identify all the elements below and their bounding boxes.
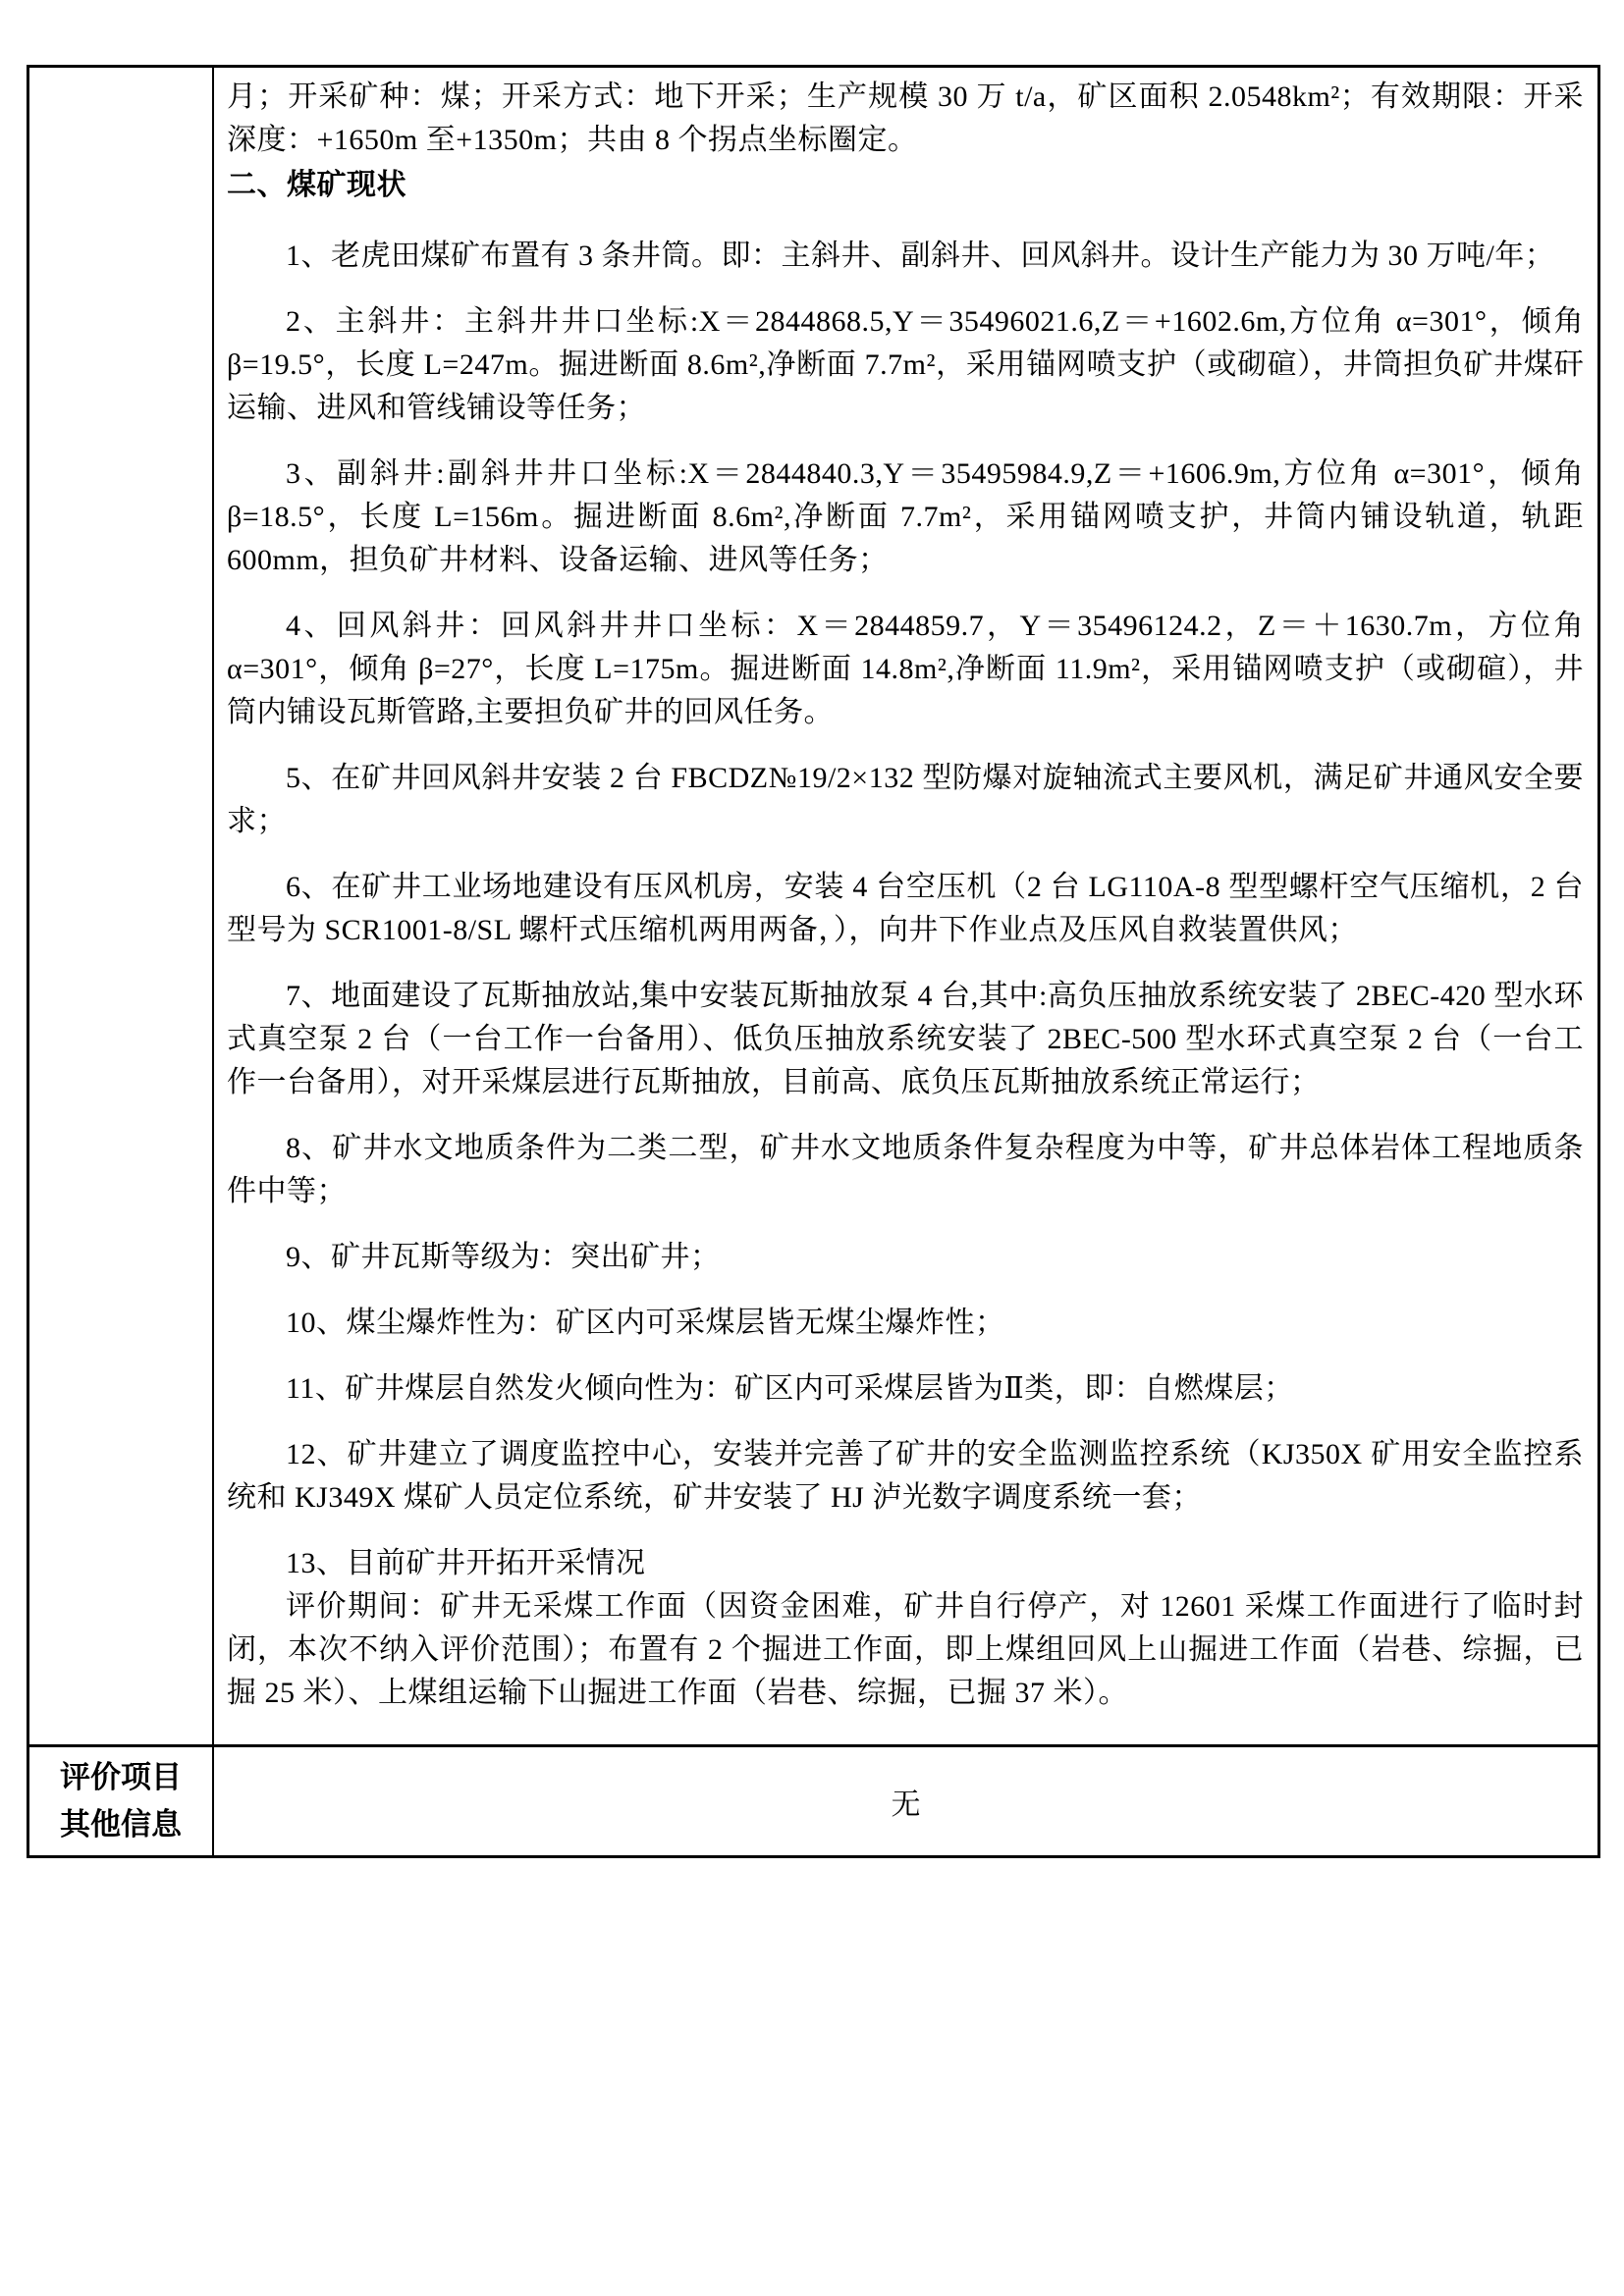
continuation-row: 月；开采矿种：煤；开采方式：地下开采；生产规模 30 万 t/a，矿区面积 2.… <box>29 68 1597 1744</box>
row-label-cell-empty <box>29 68 214 1744</box>
content-cell: 月；开采矿种：煤；开采方式：地下开采；生产规模 30 万 t/a，矿区面积 2.… <box>214 68 1597 1744</box>
item-paragraph-4: 4、回风斜井：回风斜井井口坐标：X＝2844859.7，Y＝35496124.2… <box>227 605 1584 734</box>
other-info-label-cell: 评价项目 其他信息 <box>29 1747 214 1855</box>
section-heading: 二、煤矿现状 <box>227 164 1584 207</box>
item-paragraph-1: 1、老虎田煤矿布置有 3 条井筒。即：主斜井、副斜井、回风斜井。设计生产能力为 … <box>227 235 1584 278</box>
item-paragraph-7: 7、地面建设了瓦斯抽放站,集中安装瓦斯抽放泵 4 台,其中:高负压抽放系统安装了… <box>227 975 1584 1104</box>
document-page: 月；开采矿种：煤；开采方式：地下开采；生产规模 30 万 t/a，矿区面积 2.… <box>0 0 1624 2296</box>
item-paragraph-9: 9、矿井瓦斯等级为：突出矿井； <box>227 1236 1584 1279</box>
other-info-row: 评价项目 其他信息 无 <box>29 1744 1597 1855</box>
other-info-value-cell: 无 <box>214 1747 1597 1855</box>
content-table: 月；开采矿种：煤；开采方式：地下开采；生产规模 30 万 t/a，矿区面积 2.… <box>27 65 1600 1858</box>
item-13-body-paragraph: 评价期间：矿井无采煤工作面（因资金困难，矿井自行停产，对 12601 采煤工作面… <box>227 1585 1584 1715</box>
item-paragraph-2: 2、主斜井：主斜井井口坐标:X＝2844868.5,Y＝35496021.6,Z… <box>227 300 1584 430</box>
item-paragraph-13: 13、目前矿井开拓开采情况 <box>227 1542 1584 1585</box>
other-info-value: 无 <box>892 1780 921 1823</box>
other-info-label: 评价项目 其他信息 <box>60 1754 182 1848</box>
intro-paragraph: 月；开采矿种：煤；开采方式：地下开采；生产规模 30 万 t/a，矿区面积 2.… <box>227 76 1584 162</box>
item-paragraph-6: 6、在矿井工业场地建设有压风机房，安装 4 台空压机（2 台 LG110A-8 … <box>227 866 1584 952</box>
item-paragraph-3: 3、副斜井:副斜井井口坐标:X＝2844840.3,Y＝35495984.9,Z… <box>227 453 1584 582</box>
item-paragraph-5: 5、在矿井回风斜井安装 2 台 FBCDZ№19/2×132 型防爆对旋轴流式主… <box>227 757 1584 843</box>
item-paragraph-8: 8、矿井水文地质条件为二类二型，矿井水文地质条件复杂程度为中等，矿井总体岩体工程… <box>227 1127 1584 1213</box>
item-paragraph-11: 11、矿井煤层自然发火倾向性为：矿区内可采煤层皆为Ⅱ类，即：自燃煤层； <box>227 1367 1584 1411</box>
item-paragraph-10: 10、煤尘爆炸性为：矿区内可采煤层皆无煤尘爆炸性； <box>227 1302 1584 1345</box>
item-paragraph-12: 12、矿井建立了调度监控中心，安装并完善了矿井的安全监测监控系统（KJ350X … <box>227 1433 1584 1520</box>
